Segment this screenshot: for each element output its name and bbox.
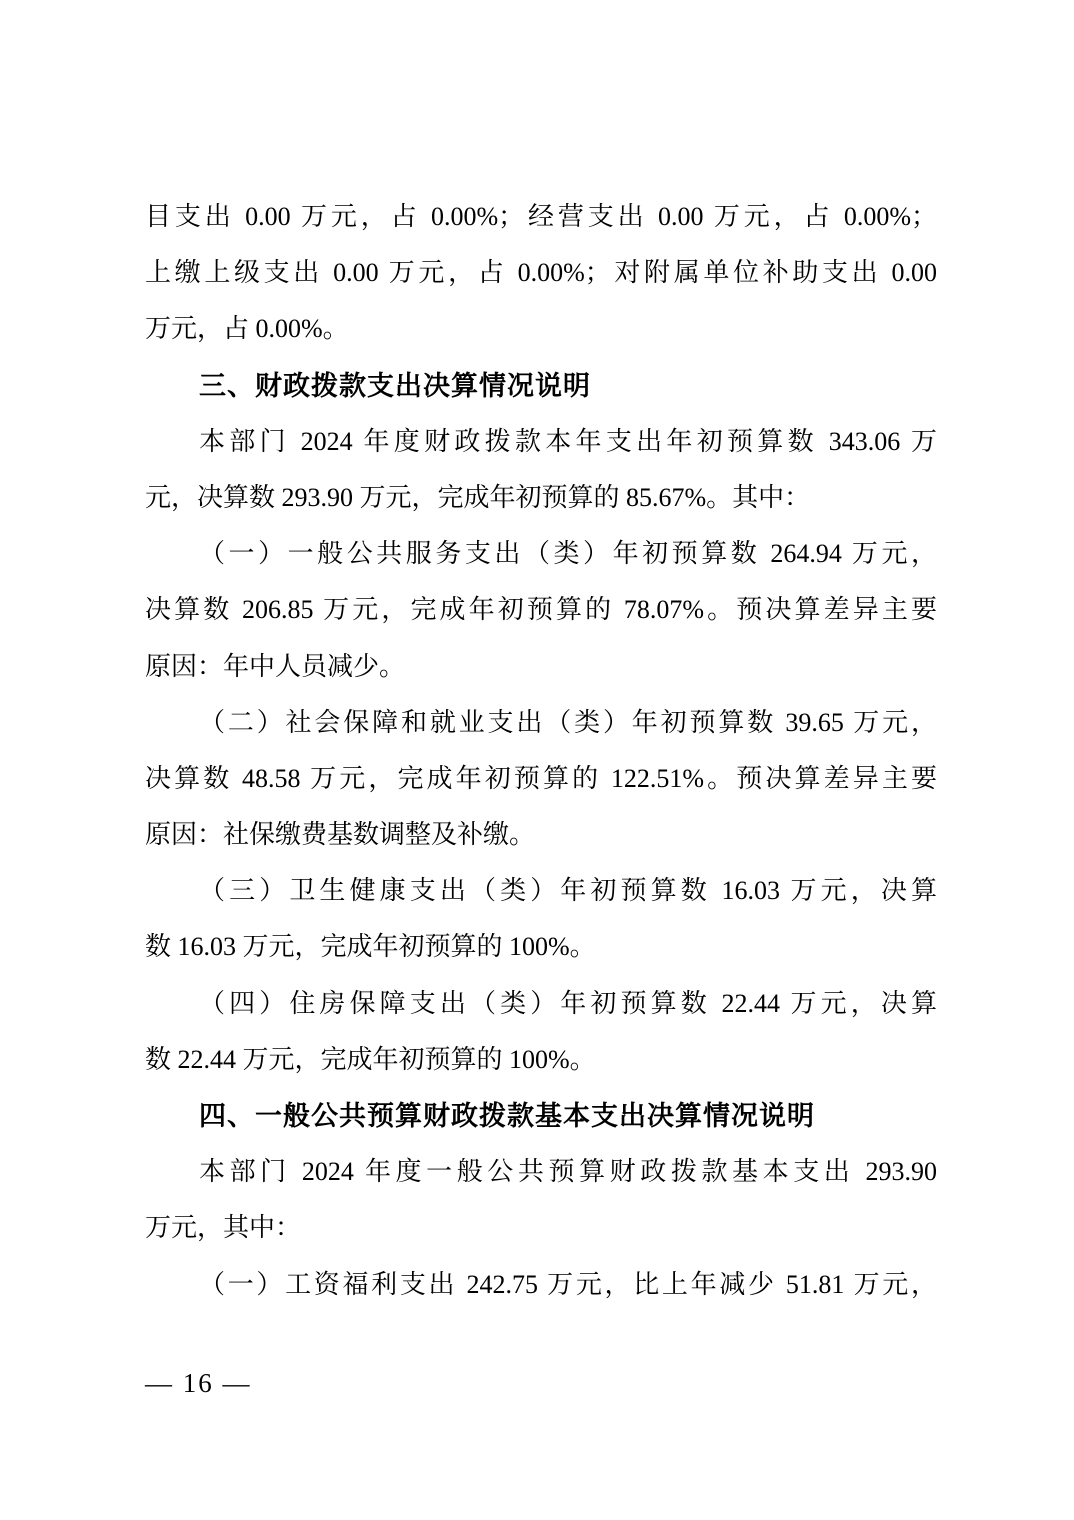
body-line: 目支出 0.00 万元，占 0.00%；经营支出 0.00 万元，占 0.00%… [145,189,937,245]
body-line: 决算数 48.58 万元，完成年初预算的 122.51%。预决算差异主要 [145,751,937,807]
body-line: 万元，其中： [145,1200,937,1256]
section-heading-4: 四、一般公共预算财政拨款基本支出决算情况说明 [145,1088,937,1144]
section-heading-3: 三、财政拨款支出决算情况说明 [145,358,937,414]
body-line: 万元，占 0.00%。 [145,301,937,357]
body-line: 本部门 2024 年度一般公共预算财政拨款基本支出 293.90 [145,1144,937,1200]
page-number: — 16 — [145,1363,252,1403]
body-line: 元，决算数 293.90 万元，完成年初预算的 85.67%。其中： [145,470,937,526]
document-text-block: 目支出 0.00 万元，占 0.00%；经营支出 0.00 万元，占 0.00%… [145,189,937,1313]
body-line: 上缴上级支出 0.00 万元，占 0.00%；对附属单位补助支出 0.00 [145,245,937,301]
body-line: （三）卫生健康支出（类）年初预算数 16.03 万元，决算 [145,863,937,919]
body-line: 本部门 2024 年度财政拨款本年支出年初预算数 343.06 万 [145,414,937,470]
body-line: 数 16.03 万元，完成年初预算的 100%。 [145,919,937,975]
body-line: （一）工资福利支出 242.75 万元，比上年减少 51.81 万元， [145,1257,937,1313]
body-line: 原因：年中人员减少。 [145,639,937,695]
body-line: 决算数 206.85 万元，完成年初预算的 78.07%。预决算差异主要 [145,582,937,638]
body-line: 原因：社保缴费基数调整及补缴。 [145,807,937,863]
document-page: 目支出 0.00 万元，占 0.00%；经营支出 0.00 万元，占 0.00%… [0,0,1074,1520]
body-line: 数 22.44 万元，完成年初预算的 100%。 [145,1032,937,1088]
body-line: （二）社会保障和就业支出（类）年初预算数 39.65 万元， [145,695,937,751]
body-line: （一）一般公共服务支出（类）年初预算数 264.94 万元， [145,526,937,582]
body-line: （四）住房保障支出（类）年初预算数 22.44 万元，决算 [145,976,937,1032]
